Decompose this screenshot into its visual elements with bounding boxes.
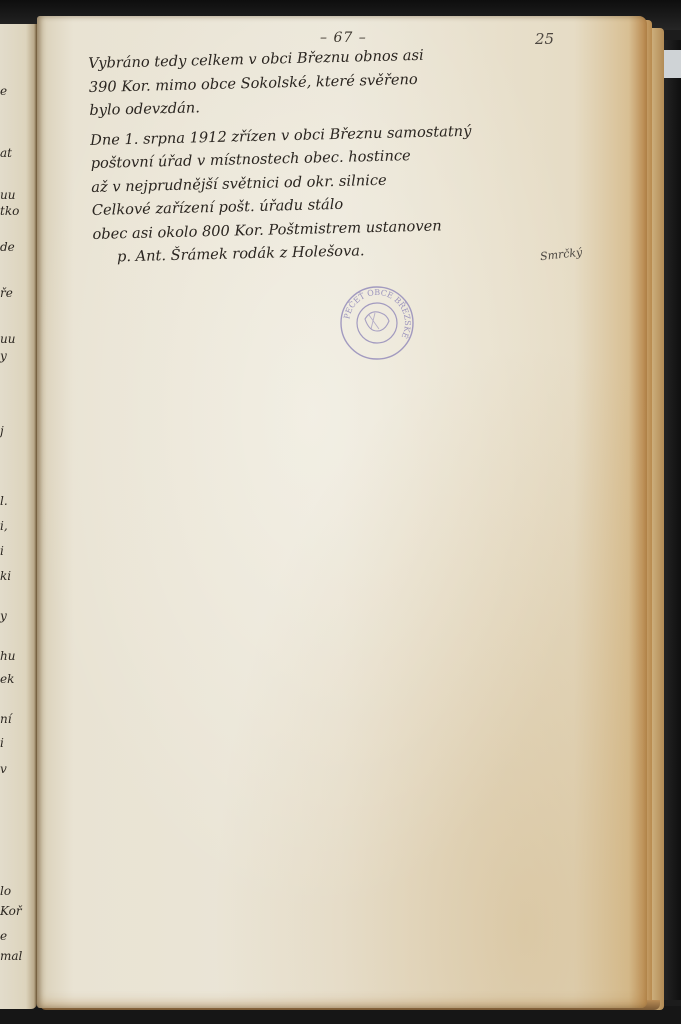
left-page-fragment: tko	[0, 204, 19, 218]
left-page-fragment: lo	[0, 884, 11, 898]
background-strip	[663, 50, 681, 78]
page-number: – 67 –	[320, 30, 367, 46]
left-page-fragment: i	[0, 544, 4, 558]
stamp-seal-icon: PEČEŤ OBCE BŘEZSKÉ	[339, 285, 415, 361]
left-page-fragment: v	[0, 762, 7, 776]
left-page-fragment: i	[0, 736, 4, 750]
left-page-fragment: ře	[0, 286, 13, 300]
left-page-fragment: at	[0, 146, 12, 160]
left-page-fragment: mal	[0, 949, 22, 963]
left-page-fragment: l.	[0, 494, 8, 508]
left-page-fragment: hu	[0, 649, 15, 663]
left-page-fragment: e	[0, 84, 7, 98]
left-page-fragment: ní	[0, 712, 12, 726]
left-page-fragment: j	[0, 424, 4, 438]
left-page-fragment: ek	[0, 672, 14, 686]
left-page-fragment: e	[0, 929, 7, 943]
left-page-fragment: y	[0, 349, 7, 363]
handwritten-entry: Vybráno tedy celkem v obci Březnu obnos …	[88, 39, 643, 270]
left-page-fragment: y	[0, 609, 7, 623]
left-page-edge: e at uu tko de ře uu y j l. i, i ki y hu…	[0, 24, 37, 1009]
left-page-fragment: de	[0, 240, 15, 254]
left-page-fragment: uu	[0, 332, 15, 346]
left-page-fragment: Koř	[0, 904, 22, 918]
left-page-fragment: ki	[0, 569, 11, 583]
official-stamp: PEČEŤ OBCE BŘEZSKÉ	[339, 285, 415, 361]
left-page-fragment: uu	[0, 188, 15, 202]
left-page-fragment: i,	[0, 519, 8, 533]
